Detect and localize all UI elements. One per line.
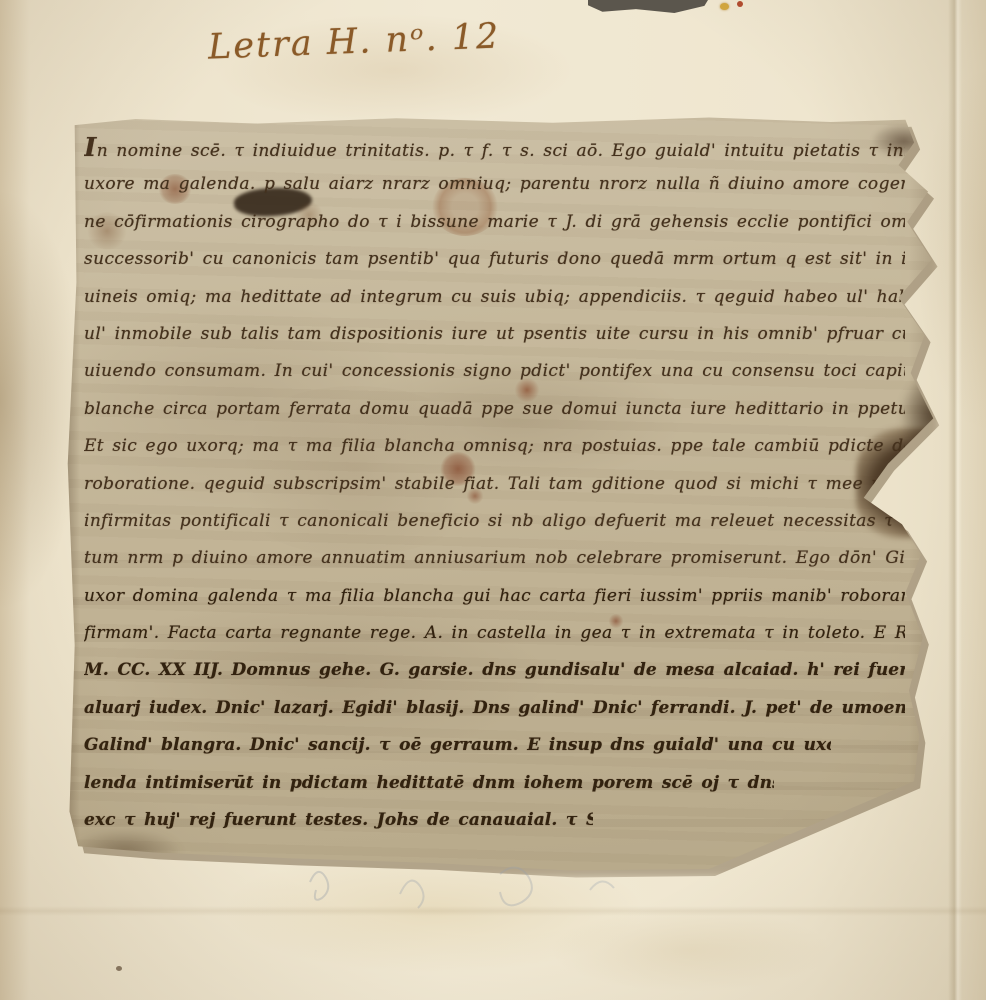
pencil-scribble	[290, 852, 650, 922]
red-paint-speck	[737, 1, 743, 7]
manuscript-line: uxore ma galenda. p salu aiarz nrarz omn…	[84, 166, 905, 203]
manuscript-line: uiuendo consumam. In cui' concessionis s…	[84, 353, 905, 390]
manuscript-line: Galind' blangra. Dnic' sancij. τ oē gerr…	[84, 727, 831, 764]
manuscript-line: tum nrm p diuino amore annuatim anniusar…	[84, 540, 905, 577]
manuscript-line: In nomine scē. τ indiuidue trinitatis. p…	[84, 129, 905, 166]
ink-speck	[116, 966, 122, 971]
manuscript-line: Et sic ego uxorq; ma τ ma filia blancha …	[84, 428, 905, 465]
manuscript-line: uineis omiq; ma hedittate ad integrum cu…	[84, 279, 905, 316]
manuscript-line: successorib' cu canonicis tam psentib' q…	[84, 241, 905, 278]
parchment-charter: In nomine scē. τ indiuidue trinitatis. p…	[66, 116, 935, 872]
backing-crease	[948, 0, 962, 1000]
manuscript-line: M. CC. XX IIJ. Domnus gehe. G. garsie. d…	[84, 652, 905, 689]
manuscript-line: blanche circa portam ferrata domu quadā …	[84, 391, 905, 428]
manuscript-line: ne cōfirmationis cirographo do τ i bissu…	[84, 204, 905, 241]
yellow-paint-speck	[720, 3, 729, 10]
charter-surface: In nomine scē. τ indiuidue trinitatis. p…	[66, 116, 935, 872]
manuscript-line: lenda intimiserūt in pdictam hedittatē d…	[84, 765, 774, 802]
manuscript-text: In nomine scē. τ indiuidue trinitatis. p…	[84, 129, 905, 839]
manuscript-line: ul' inmobile sub talis tam dispositionis…	[84, 316, 905, 353]
manuscript-line: exc τ huj' rej fuerunt testes. Johs de c…	[84, 802, 593, 839]
manuscript-line: roboratione. qeguid subscripsim' stabile…	[84, 466, 905, 503]
manuscript-line: uxor domina galenda τ ma filia blancha g…	[84, 578, 905, 615]
manuscript-line: firmam'. Facta carta regnante rege. A. i…	[84, 615, 905, 652]
manuscript-line: infirmitas pontificali τ canonicali bene…	[84, 503, 905, 540]
manuscript-line: aluarj iudex. Dnic' lazarj. Egidi' blasi…	[84, 690, 905, 727]
